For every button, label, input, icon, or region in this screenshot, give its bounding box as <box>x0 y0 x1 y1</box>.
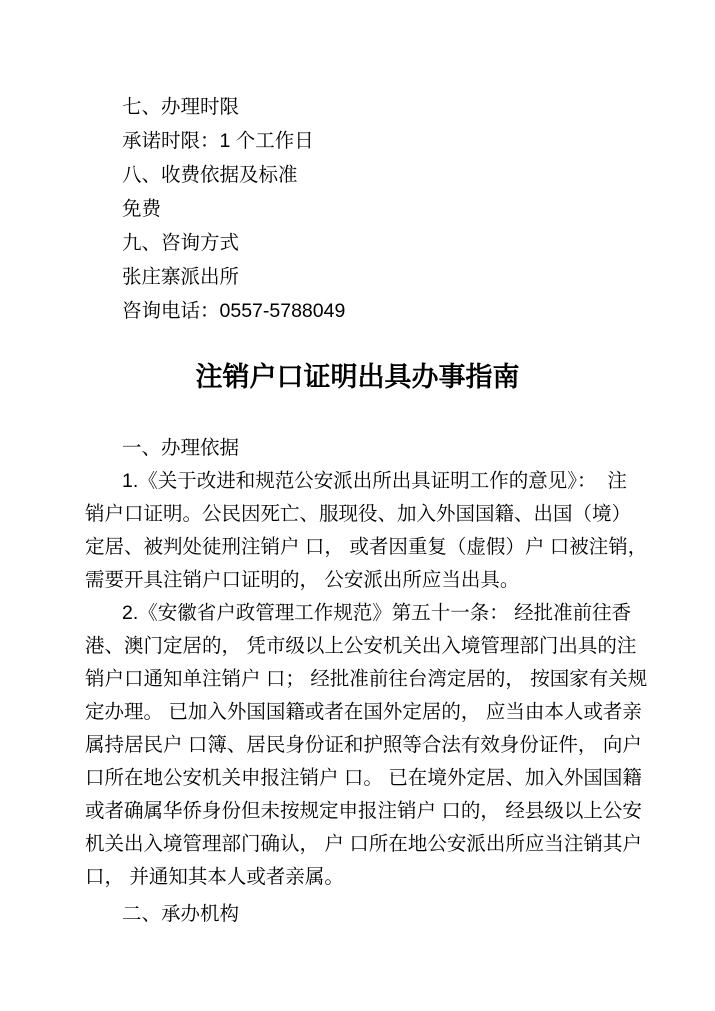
section-heading-agency: 二、承办机构 <box>85 898 630 931</box>
doc-line-section-nine: 九、咨询方式 <box>85 226 630 260</box>
top-section: 七、办理时限 承诺时限：1 个工作日 八、收费依据及标准 免费 九、咨询方式 张… <box>85 90 630 328</box>
paragraph-line: 定办理。 已加入外国国籍或者在国外定居的， 应当由本人或者亲 <box>85 696 630 729</box>
paragraph-line: 机关出入境管理部门确认， 户 口所在地公安派出所应当注销其户 <box>85 828 630 861</box>
paragraph-1: 1.《关于改进和规范公安派出所出具证明工作的意见》： 注 销户口证明。公民因死亡… <box>85 465 630 597</box>
paragraph-line: 口所在地公安机关申报注销户 口。 已在境外定居、加入外国国籍 <box>85 762 630 795</box>
paragraph-line: 属持居民户 口簿、居民身份证和护照等合法有效身份证件， 向户 <box>85 729 630 762</box>
document-page: 七、办理时限 承诺时限：1 个工作日 八、收费依据及标准 免费 九、咨询方式 张… <box>0 0 715 1011</box>
paragraph-line: 定居、被判处徒刑注销户 口， 或者因重复（虚假）户 口被注销， <box>85 531 630 564</box>
section-heading-basis: 一、办理依据 <box>85 432 630 465</box>
doc-line-police-station: 张庄寨派出所 <box>85 260 630 294</box>
paragraph-line: 销户口通知单注销户 口； 经批准前往台湾定居的， 按国家有关规 <box>85 663 630 696</box>
doc-line-promised-time: 承诺时限：1 个工作日 <box>85 124 630 158</box>
paragraph-line: 或者确属华侨身份但未按规定申报注销户 口的， 经县级以上公安 <box>85 795 630 828</box>
paragraph-line: 销户口证明。公民因死亡、服现役、加入外国国籍、出国（境） <box>85 498 630 531</box>
paragraph-line: 1.《关于改进和规范公安派出所出具证明工作的意见》： 注 <box>85 465 630 498</box>
doc-line-section-seven: 七、办理时限 <box>85 90 630 124</box>
paragraph-line: 港、澳门定居的， 凭市级以上公安机关出入境管理部门出具的注 <box>85 630 630 663</box>
doc-line-section-eight: 八、收费依据及标准 <box>85 158 630 192</box>
paragraph-line: 口， 并通知其本人或者亲属。 <box>85 861 630 894</box>
paragraph-line: 需要开具注销户口证明的， 公安派出所应当出具。 <box>85 564 630 597</box>
paragraph-line: 2.《安徽省户政管理工作规范》第五十一条： 经批准前往香 <box>85 597 630 630</box>
doc-line-free: 免费 <box>85 192 630 226</box>
doc-title: 注销户口证明出具办事指南 <box>85 358 630 396</box>
paragraph-2: 2.《安徽省户政管理工作规范》第五十一条： 经批准前往香 港、澳门定居的， 凭市… <box>85 597 630 894</box>
doc-line-phone: 咨询电话：0557-5788049 <box>85 294 630 328</box>
